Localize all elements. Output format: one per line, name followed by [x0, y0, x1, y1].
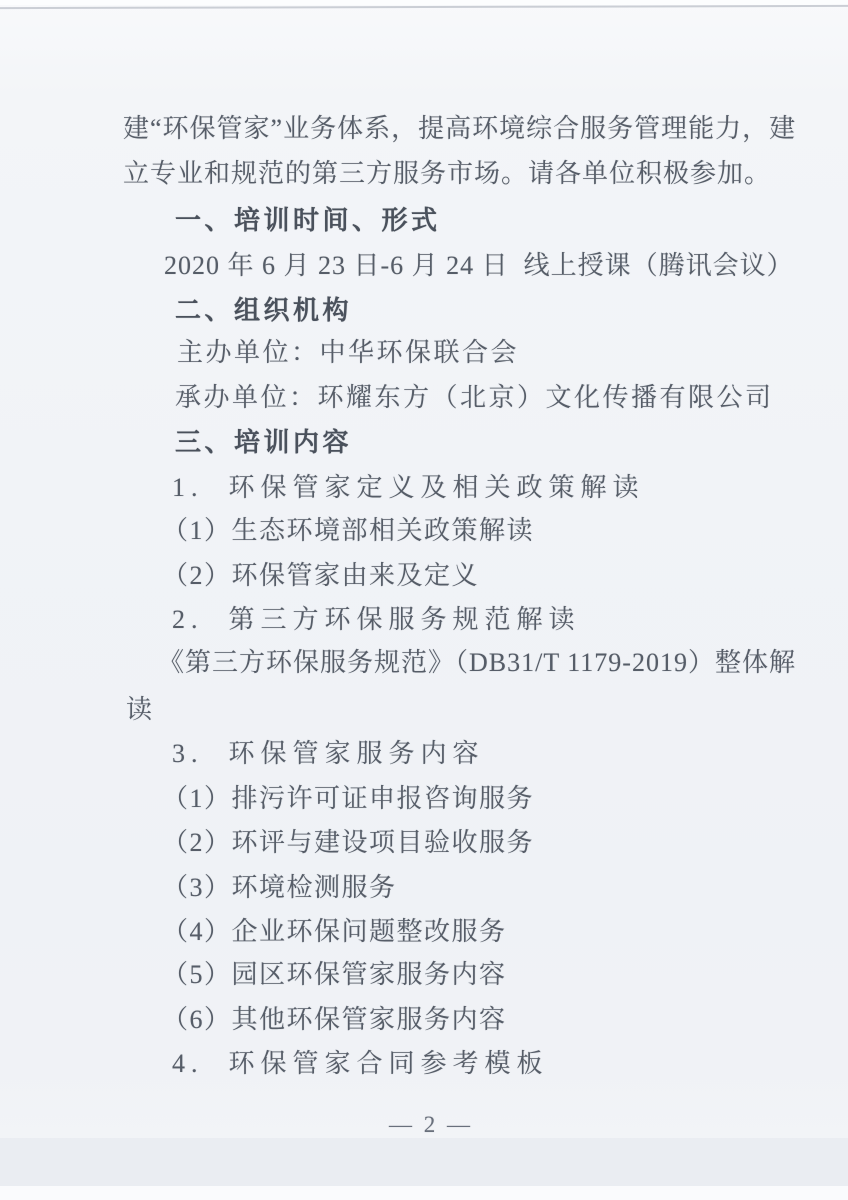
- content-item-2: 2. 第三方环保服务规范解读: [172, 603, 581, 637]
- content-item-1-sub-1: （1）生态环境部相关政策解读: [162, 514, 534, 548]
- content-item-3: 3. 环保管家服务内容: [172, 737, 485, 771]
- scan-top-edge-line: [0, 5, 848, 9]
- content-item-4: 4. 环保管家合同参考模板: [172, 1047, 549, 1081]
- content-item-1: 1. 环保管家定义及相关政策解读: [172, 471, 645, 505]
- content-item-1-sub-2: （2）环保管家由来及定义: [162, 559, 479, 593]
- content-item-2-detail-line-1: 《第三方环保服务规范》（DB31/T 1179-2019）整体解: [158, 646, 796, 680]
- host-unit-line: 主办单位：中华环保联合会: [177, 336, 519, 370]
- content-item-3-sub-1: （1）排污许可证申报咨询服务: [162, 782, 534, 816]
- section-heading-3: 三、培训内容: [175, 425, 352, 459]
- content-item-3-sub-6: （6）其他环保管家服务内容: [162, 1003, 507, 1037]
- page-number: — 2 —: [0, 1112, 848, 1138]
- schedule-line: 2020 年 6 月 23 日-6 月 24 日 线上授课（腾讯会议）: [164, 249, 794, 283]
- scanned-document-page: 建“环保管家”业务体系，提高环境综合服务管理能力，建 立专业和规范的第三方服务市…: [0, 0, 848, 1200]
- content-item-3-sub-4: （4）企业环保问题整改服务: [162, 915, 507, 949]
- content-item-2-detail-line-2: 读: [126, 693, 153, 727]
- section-heading-1: 一、培训时间、形式: [175, 203, 441, 237]
- section-heading-2: 二、组织机构: [175, 293, 352, 327]
- content-item-3-sub-5: （5）园区环保管家服务内容: [162, 958, 507, 992]
- intro-line-2: 立专业和规范的第三方服务市场。请各单位积极参加。: [123, 157, 771, 191]
- intro-line-1: 建“环保管家”业务体系，提高环境综合服务管理能力，建: [123, 112, 796, 146]
- content-item-3-sub-3: （3）环境检测服务: [162, 871, 397, 905]
- scan-bottom-edge-strip: [0, 1186, 848, 1200]
- scan-bottom-shade-band: [0, 1138, 848, 1186]
- content-item-3-sub-2: （2）环评与建设项目验收服务: [162, 826, 534, 860]
- undertaker-unit-line: 承办单位：环耀东方（北京）文化传播有限公司: [175, 381, 774, 415]
